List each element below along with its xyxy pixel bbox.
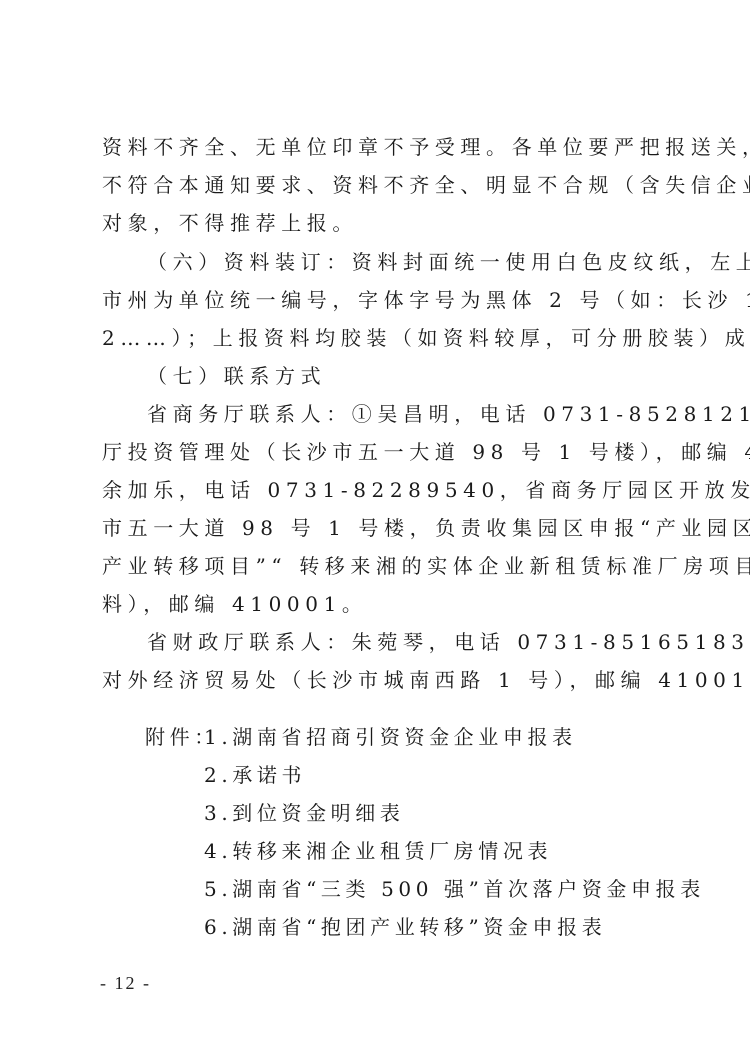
attachment-item: 5.湖南省“三类 500 强”首次落户资金申报表 [204, 870, 705, 908]
attachment-item: 1.湖南省招商引资资金企业申报表 [204, 718, 577, 756]
document-page: 资料不齐全、无单位印章不予受理。各单位要严把报送关，对于 不符合本通知要求、资料… [0, 0, 750, 1060]
attachment-item: 4.转移来湘企业租赁厂房情况表 [204, 832, 552, 870]
text-line: 产业转移项目”“ 转移来湘的实体企业新租赁标准厂房项目” 资 [102, 547, 658, 585]
text-line: 2……）；上报资料均胶装（如资料较厚，可分册胶装）成册。 [102, 319, 658, 357]
text-line: 余加乐，电话 0731-82289540，省商务厅园区开放发展处（长沙 [102, 471, 658, 509]
finance-contact-line: 省财政厅联系人：朱菀琴，电话 0731-85165183，省财政厅 [147, 623, 658, 661]
page-number: - 12 - [100, 970, 151, 996]
text-line: 料），邮编 410001。 [102, 585, 658, 623]
section-seven-heading: （七）联系方式 [147, 357, 658, 395]
text-line: 不符合本通知要求、资料不齐全、明显不合规（含失信企业）的 [102, 166, 658, 204]
commerce-contact-line: 省商务厅联系人：①吴昌明，电话 0731-85281217，省商务 [147, 395, 658, 433]
text-line: 对象，不得推荐上报。 [102, 204, 658, 242]
text-line: 厅投资管理处（长沙市五一大道 98 号 1 号楼），邮编 410001。② [102, 433, 658, 471]
attachment-item: 2.承诺书 [204, 756, 306, 794]
attachment-item: 3.到位资金明细表 [204, 794, 404, 832]
text-line: 市州为单位统一编号，字体字号为黑体 2 号（如：长沙 1，长沙 [102, 281, 658, 319]
section-six-line: （六）资料装订：资料封面统一使用白色皮纹纸，左上角以 [147, 243, 658, 281]
attachment-item: 6.湖南省“抱团产业转移”资金申报表 [204, 908, 606, 946]
text-line: 市五一大道 98 号 1 号楼，负责收集园区申报“产业园区吸引抱团 [102, 509, 658, 547]
text-line: 资料不齐全、无单位印章不予受理。各单位要严把报送关，对于 [102, 128, 658, 166]
text-line: 对外经济贸易处（长沙市城南西路 1 号），邮编 410015。 [102, 661, 658, 699]
